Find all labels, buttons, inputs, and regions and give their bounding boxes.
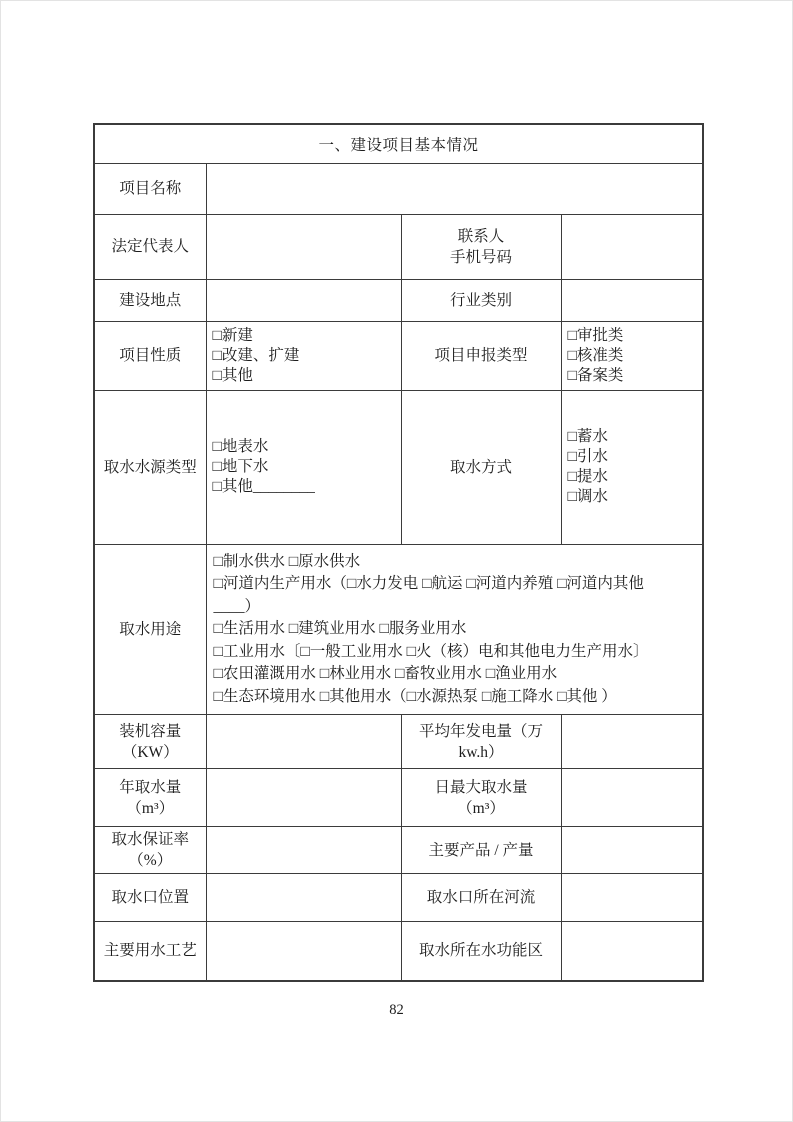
table-row: 装机容量 （KW） 平均年发电量（万 kw.h）: [94, 715, 703, 769]
installed-capacity-value-cell: [206, 715, 401, 769]
legal-rep-value-cell: [206, 214, 401, 279]
checkbox-option: □其他: [213, 366, 399, 386]
water-source-type-label: 取水水源类型: [94, 390, 206, 544]
assurance-rate-value-cell: [206, 827, 401, 874]
checkbox-option: □调水: [568, 487, 701, 507]
table-row: 取水用途 □制水供水 □原水供水 □河道内生产用水（□水力发电 □航运 □河道内…: [94, 544, 703, 715]
project-nature-label: 项目性质: [94, 321, 206, 390]
checkbox-option: □其他________: [213, 477, 399, 497]
project-nature-options: □新建 □改建、扩建 □其他: [206, 321, 401, 390]
checkbox-option: □核准类: [568, 346, 701, 366]
checkbox-option: □地表水: [213, 437, 399, 457]
industry-category-value-cell: [561, 279, 703, 321]
installed-capacity-label: 装机容量 （KW）: [94, 715, 206, 769]
water-use-options: □制水供水 □原水供水 □河道内生产用水（□水力发电 □航运 □河道内养殖 □河…: [206, 544, 703, 715]
checkbox-option-line: □农田灌溉用水 □林业用水 □畜牧业用水 □渔业用水: [214, 663, 699, 686]
table-row: 取水口位置 取水口所在河流: [94, 874, 703, 922]
checkbox-option-line: ____）: [214, 596, 699, 619]
checkbox-option-line: □生活用水 □建筑业用水 □服务业用水: [214, 618, 699, 641]
main-product-label: 主要产品 / 产量: [401, 827, 561, 874]
title-row: 一、建设项目基本情况: [94, 124, 703, 163]
table-row: 年取水量 （m³） 日最大取水量 （m³）: [94, 769, 703, 827]
table-row: 项目名称: [94, 163, 703, 214]
table-row: 建设地点 行业类别: [94, 279, 703, 321]
annual-generation-value-cell: [561, 715, 703, 769]
annual-intake-value-cell: [206, 769, 401, 827]
project-name-label: 项目名称: [94, 163, 206, 214]
table-row: 取水水源类型 □地表水 □地下水 □其他________ 取水方式 □蓄水 □引…: [94, 390, 703, 544]
main-product-value-cell: [561, 827, 703, 874]
checkbox-option-line: □工业用水〔□一般工业用水 □火（核）电和其他电力生产用水〕: [214, 641, 699, 664]
intake-method-label: 取水方式: [401, 390, 561, 544]
legal-rep-label: 法定代表人: [94, 214, 206, 279]
intake-method-options: □蓄水 □引水 □提水 □调水: [561, 390, 703, 544]
water-process-value-cell: [206, 922, 401, 981]
contact-phone-label: 联系人 手机号码: [401, 214, 561, 279]
checkbox-option: □地下水: [213, 457, 399, 477]
construction-location-label: 建设地点: [94, 279, 206, 321]
checkbox-option-line: □河道内生产用水（□水力发电 □航运 □河道内养殖 □河道内其他: [214, 573, 699, 596]
industry-category-label: 行业类别: [401, 279, 561, 321]
table-row: 取水保证率 （%） 主要产品 / 产量: [94, 827, 703, 874]
table-row: 主要用水工艺 取水所在水功能区: [94, 922, 703, 981]
table-row: 法定代表人 联系人 手机号码: [94, 214, 703, 279]
checkbox-option: □备案类: [568, 366, 701, 386]
checkbox-option: □提水: [568, 467, 701, 487]
declare-type-label: 项目申报类型: [401, 321, 561, 390]
annual-generation-label: 平均年发电量（万 kw.h）: [401, 715, 561, 769]
water-source-type-options: □地表水 □地下水 □其他________: [206, 390, 401, 544]
checkbox-option-line: □制水供水 □原水供水: [214, 551, 699, 574]
table-row: 项目性质 □新建 □改建、扩建 □其他 项目申报类型 □审批类 □核准类 □备案…: [94, 321, 703, 390]
assurance-rate-label: 取水保证率 （%）: [94, 827, 206, 874]
intake-location-value-cell: [206, 874, 401, 922]
intake-location-label: 取水口位置: [94, 874, 206, 922]
contact-phone-value-cell: [561, 214, 703, 279]
page-number: 82: [0, 1002, 793, 1019]
document-page: 一、建设项目基本情况 项目名称 法定代表人 联系人 手机号码 建设地点 行业类别…: [0, 0, 793, 1122]
function-zone-value-cell: [561, 922, 703, 981]
construction-location-value-cell: [206, 279, 401, 321]
function-zone-label: 取水所在水功能区: [401, 922, 561, 981]
checkbox-option: □蓄水: [568, 427, 701, 447]
declare-type-options: □审批类 □核准类 □备案类: [561, 321, 703, 390]
table-title: 一、建设项目基本情况: [94, 124, 703, 163]
intake-river-value-cell: [561, 874, 703, 922]
intake-river-label: 取水口所在河流: [401, 874, 561, 922]
checkbox-option-line: □生态环境用水 □其他用水（□水源热泵 □施工降水 □其他 ）: [214, 686, 699, 709]
checkbox-option: □引水: [568, 447, 701, 467]
water-process-label: 主要用水工艺: [94, 922, 206, 981]
daily-max-intake-label: 日最大取水量 （m³）: [401, 769, 561, 827]
project-info-table: 一、建设项目基本情况 项目名称 法定代表人 联系人 手机号码 建设地点 行业类别…: [93, 123, 704, 982]
water-use-label: 取水用途: [94, 544, 206, 715]
checkbox-option: □审批类: [568, 326, 701, 346]
annual-intake-label: 年取水量 （m³）: [94, 769, 206, 827]
checkbox-option: □新建: [213, 326, 399, 346]
daily-max-intake-value-cell: [561, 769, 703, 827]
project-name-value-cell: [206, 163, 703, 214]
checkbox-option: □改建、扩建: [213, 346, 399, 366]
